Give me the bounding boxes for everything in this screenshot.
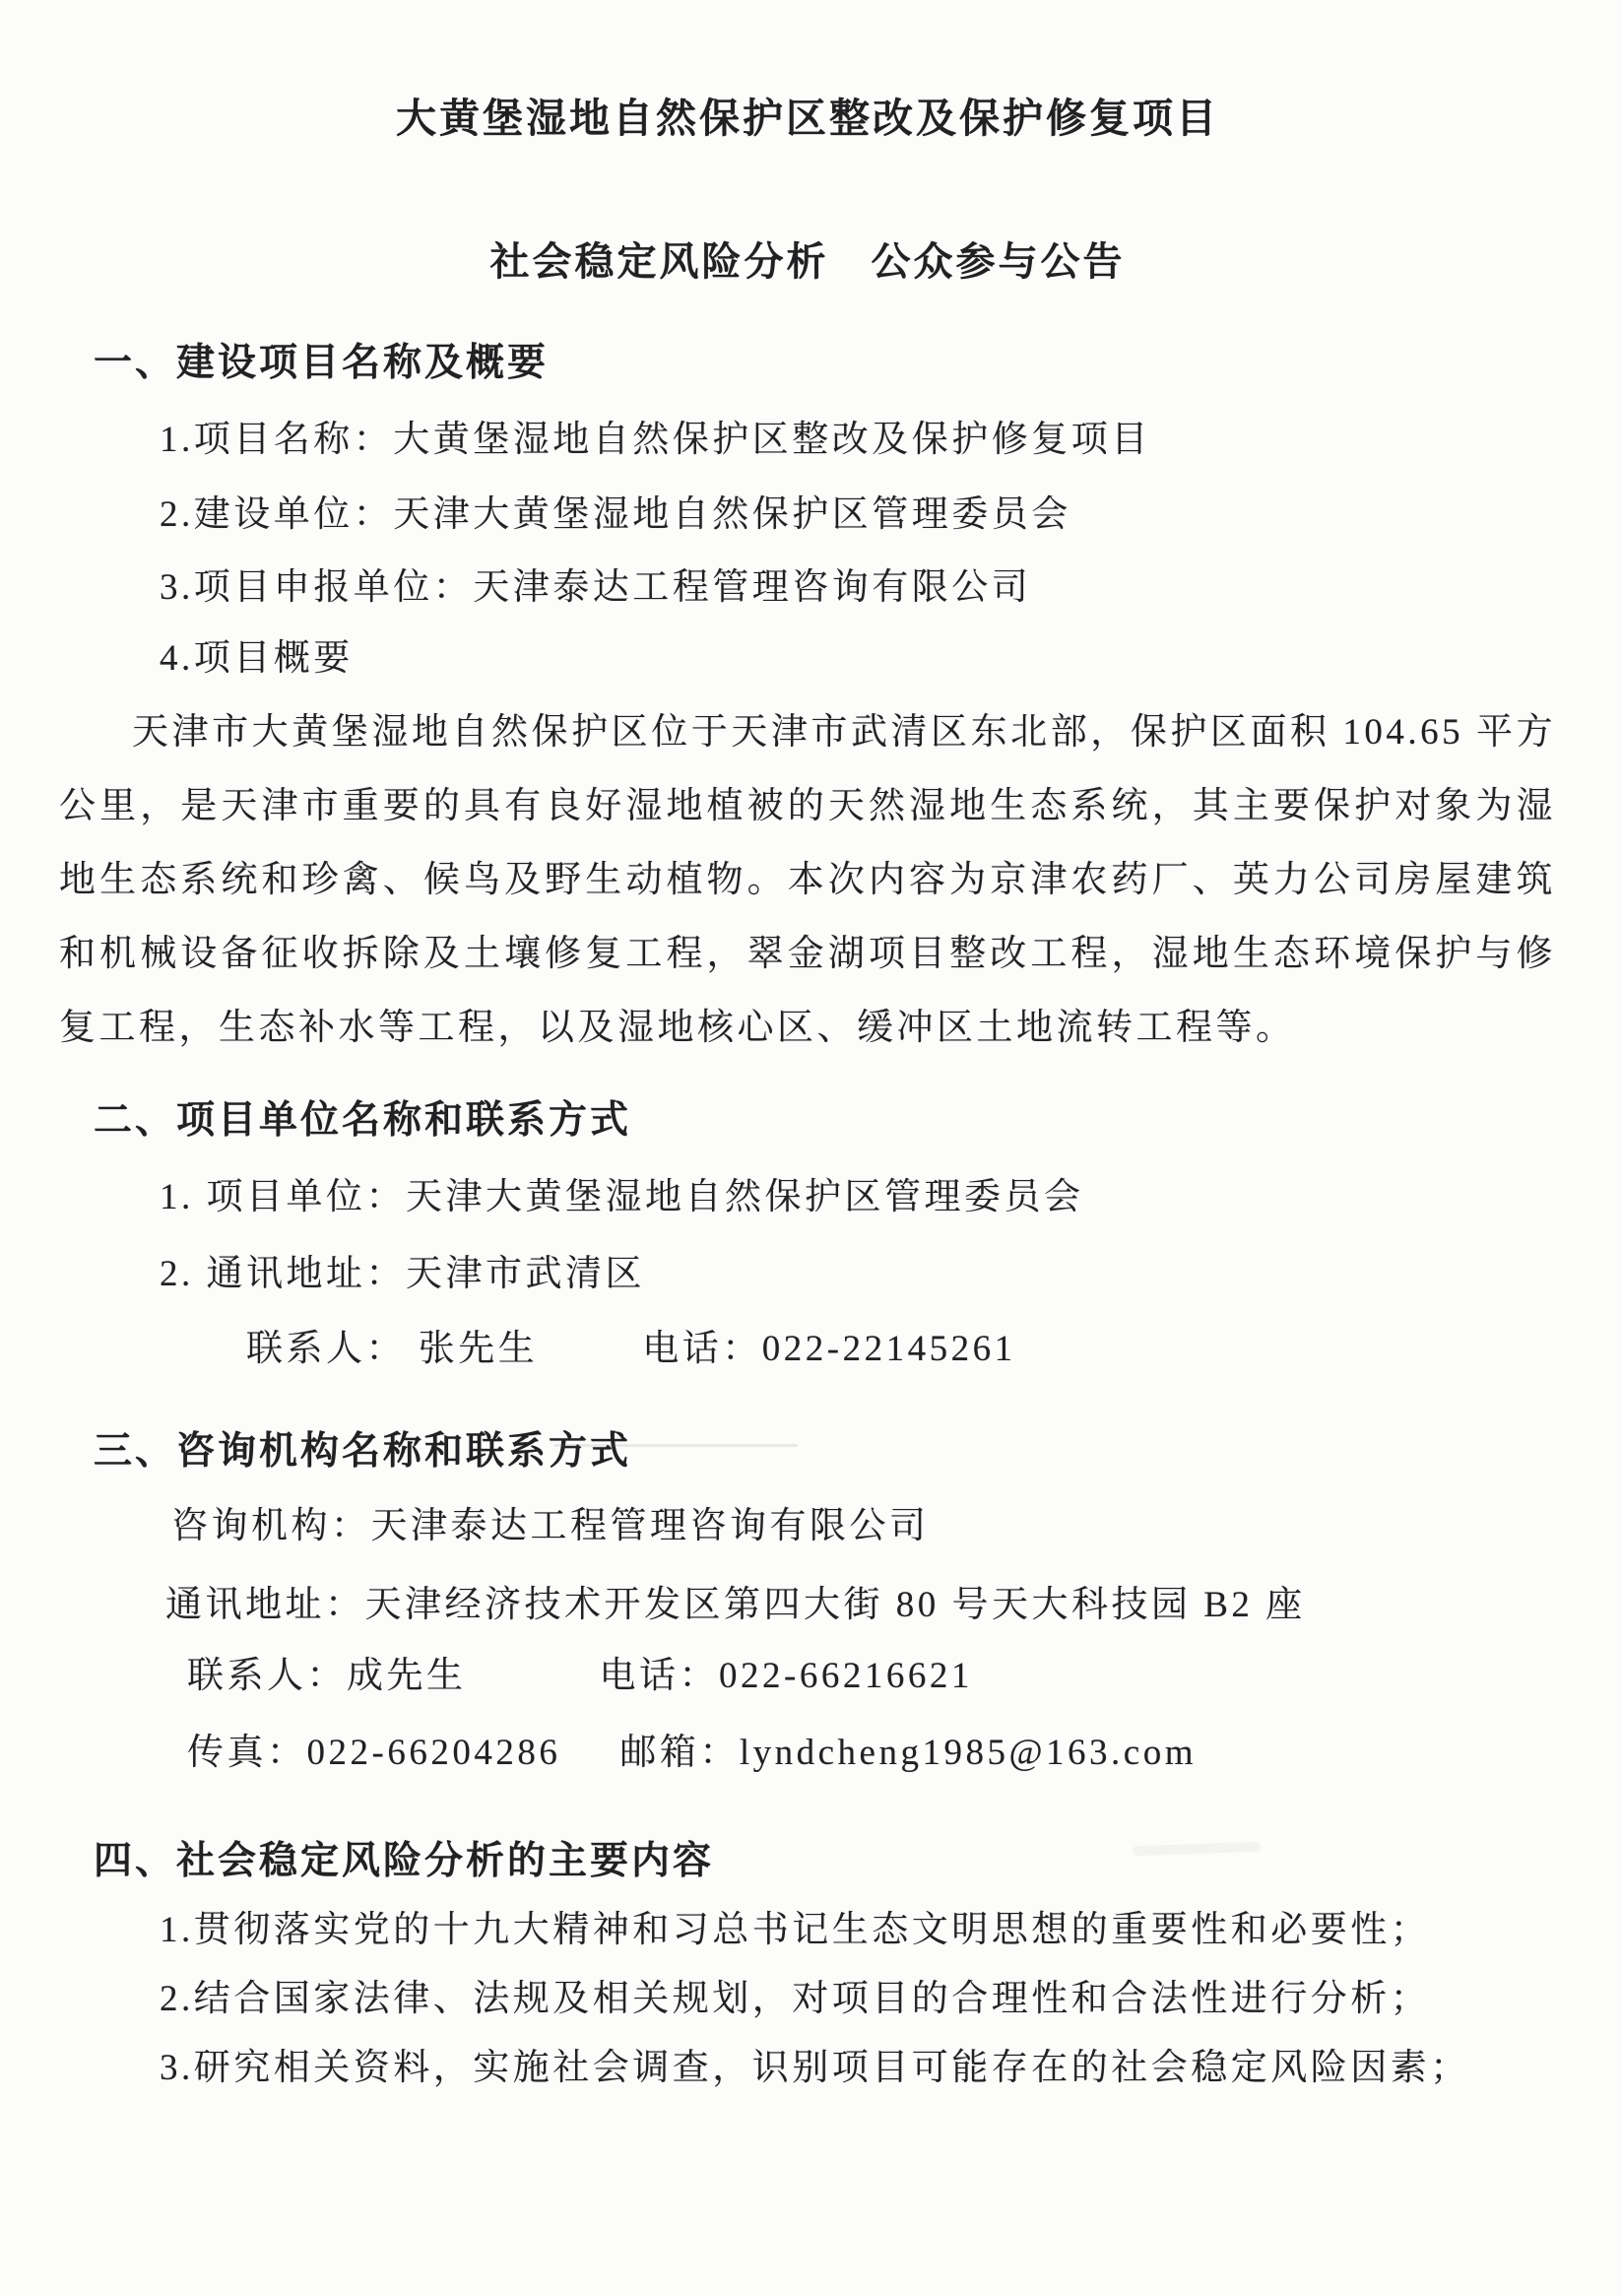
contact-person: 联系人：成先生 <box>187 1652 467 1701</box>
section-project-unit-contact: 二、项目单位名称和联系方式 1. 项目单位：天津大黄堡湿地自然保护区管理委员会 … <box>59 1094 1556 1374</box>
email-address: 邮箱：lyndcheng1985@163.com <box>619 1729 1197 1778</box>
section-two-heading: 二、项目单位名称和联系方式 <box>94 1094 1556 1148</box>
consulting-agency-line: 咨询机构：天津泰达工程管理咨询有限公司 <box>171 1502 1556 1551</box>
contact-phone: 电话：022-22145261 <box>642 1325 1015 1374</box>
contact-phone: 电话：022-66216621 <box>600 1652 973 1701</box>
list-item-project-summary-label: 4.项目概要 <box>160 634 1556 684</box>
section-four-heading: 四、社会稳定风险分析的主要内容 <box>94 1835 1556 1888</box>
section-risk-analysis-content: 四、社会稳定风险分析的主要内容 1.贯彻落实党的十九大精神和习总书记生态文明思想… <box>59 1835 1556 2093</box>
agency-address-line: 通讯地址：天津经济技术开发区第四大街 80 号天大科技园 B2 座 <box>165 1581 1556 1630</box>
document-title: 大黄堡湿地自然保护区整改及保护修复项目 <box>59 91 1556 146</box>
fax-number: 传真：022-66204286 <box>187 1729 560 1778</box>
list-item-mailing-address: 2. 通讯地址：天津市武清区 <box>160 1250 1556 1299</box>
project-summary-paragraph: 天津市大黄堡湿地自然保护区位于天津市武清区东北部，保护区面积 104.65 平方… <box>59 695 1556 1065</box>
list-item-declaring-unit: 3.项目申报单位：天津泰达工程管理咨询有限公司 <box>160 563 1556 613</box>
list-item-construction-unit: 2.建设单位：天津大黄堡湿地自然保护区管理委员会 <box>160 491 1556 540</box>
list-item-project-unit: 1. 项目单位：天津大黄堡湿地自然保护区管理委员会 <box>160 1173 1556 1222</box>
section-project-overview: 一、建设项目名称及概要 1.项目名称：大黄堡湿地自然保护区整改及保护修复项目 2… <box>59 337 1556 1065</box>
section-consulting-agency-contact: 三、咨询机构名称和联系方式 咨询机构：天津泰达工程管理咨询有限公司 通讯地址：天… <box>59 1425 1556 1778</box>
list-item-risk-point-3: 3.研究相关资料，实施社会调查，识别项目可能存在的社会稳定风险因素； <box>160 2044 1556 2093</box>
contact-row: 联系人： 张先生 电话：022-22145261 <box>246 1325 1556 1374</box>
contact-person: 联系人： 张先生 <box>246 1325 538 1374</box>
section-three-heading: 三、咨询机构名称和联系方式 <box>94 1425 1556 1478</box>
list-item-project-name: 1.项目名称：大黄堡湿地自然保护区整改及保护修复项目 <box>160 416 1556 465</box>
contact-row: 联系人：成先生 电话：022-66216621 <box>187 1652 1556 1701</box>
document-subtitle: 社会稳定风险分析 公众参与公告 <box>59 234 1556 290</box>
list-item-risk-point-2: 2.结合国家法律、法规及相关规划，对项目的合理性和合法性进行分析； <box>160 1975 1556 2024</box>
list-item-risk-point-1: 1.贯彻落实党的十九大精神和习总书记生态文明思想的重要性和必要性； <box>160 1906 1556 1955</box>
document-page: 大黄堡湿地自然保护区整改及保护修复项目 社会稳定风险分析 公众参与公告 一、建设… <box>0 0 1621 2296</box>
section-one-heading: 一、建设项目名称及概要 <box>94 337 1556 390</box>
fax-email-row: 传真：022-66204286 邮箱：lyndcheng1985@163.com <box>187 1729 1556 1778</box>
